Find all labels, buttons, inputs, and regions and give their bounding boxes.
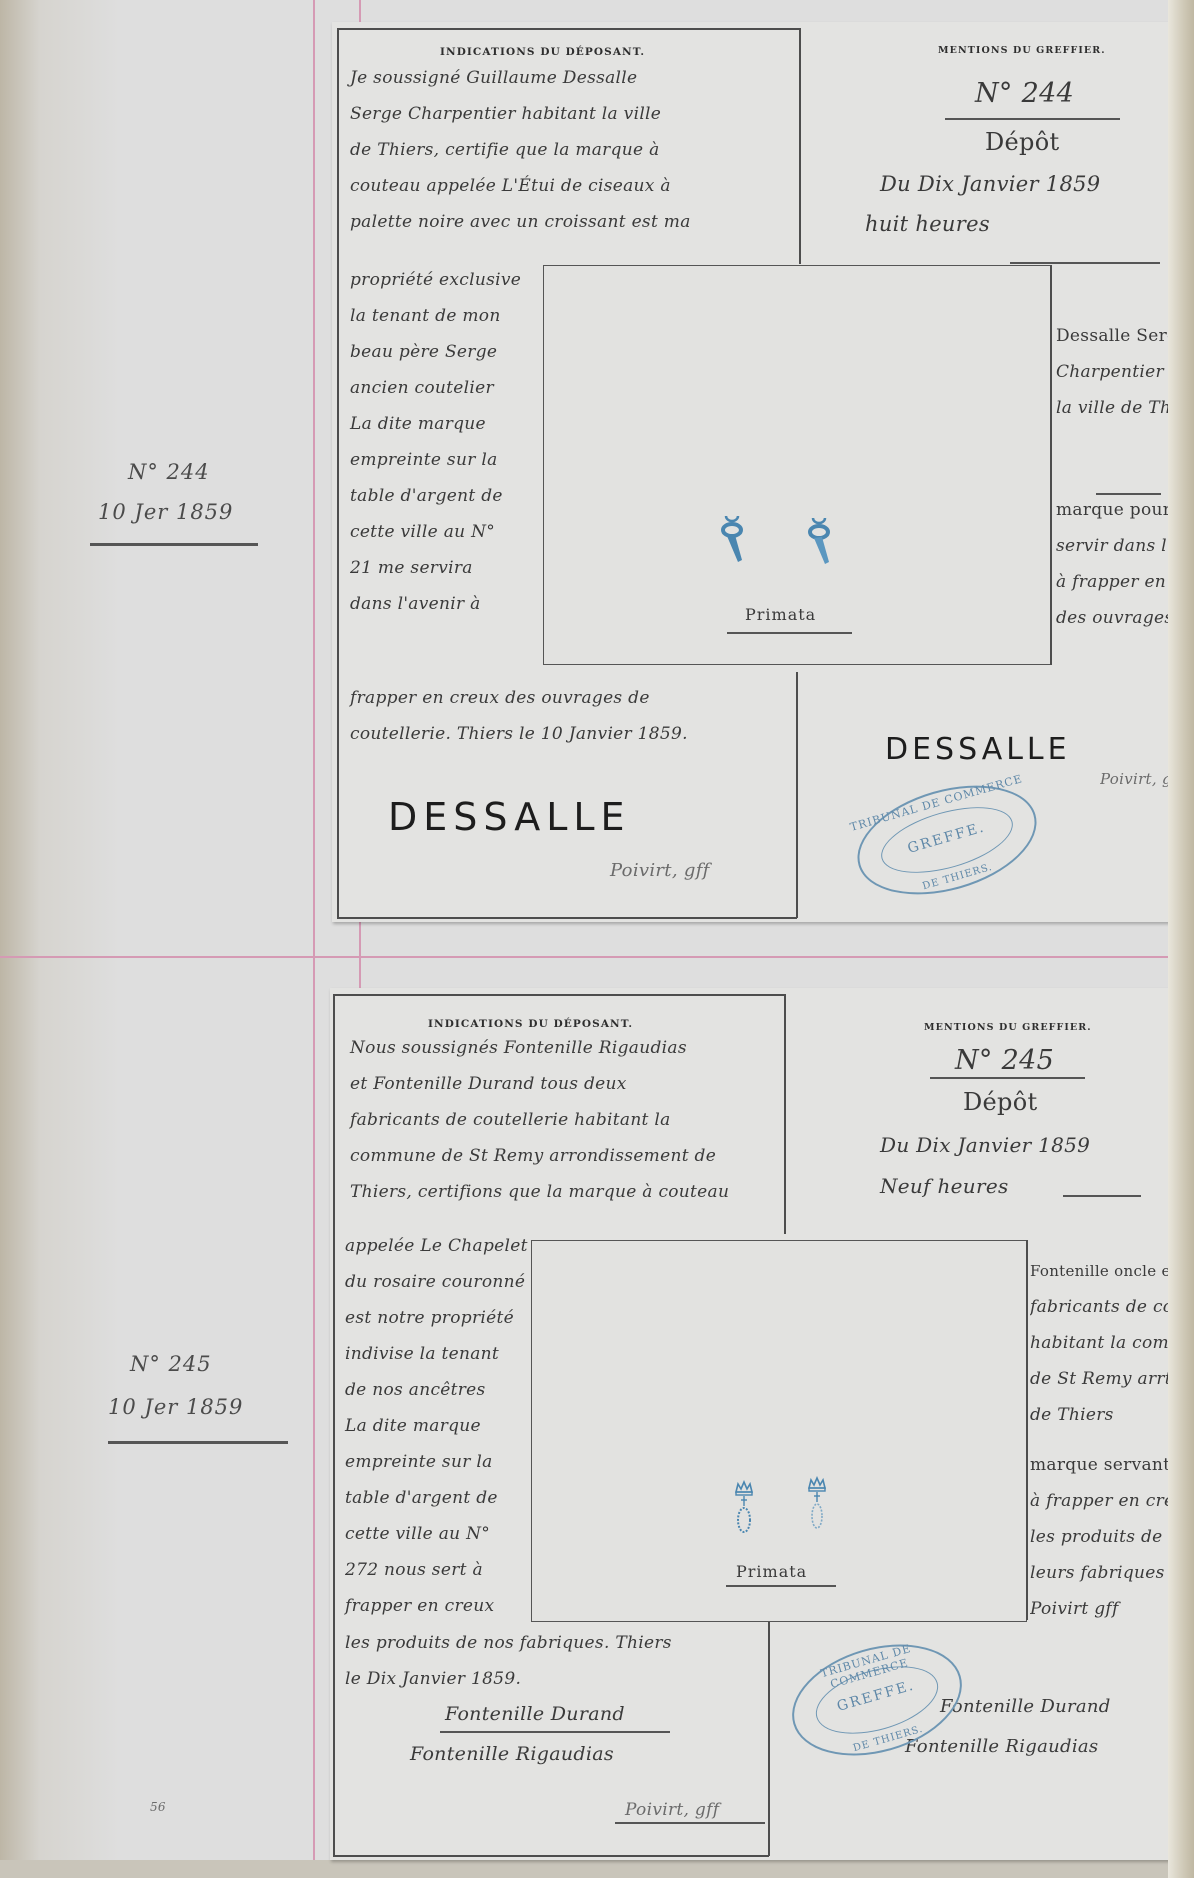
greffier-date-line: Du Dix Janvier 1859	[880, 1133, 1090, 1157]
greffier-notes-divider	[1096, 493, 1161, 495]
greffier-number-underline	[945, 118, 1120, 120]
clerk-signature: Poivirt, gff	[610, 860, 710, 881]
margin-underline	[90, 543, 258, 546]
box-border	[337, 28, 339, 918]
depositor-signature-caps: DESSALLE	[388, 795, 631, 839]
clerk-signature: Poivirt, gff	[625, 1800, 719, 1820]
ledger-margin-rule	[313, 0, 315, 1860]
margin-underline	[108, 1441, 288, 1444]
deposant-text-column: appelée Le Chapelet du rosaire couronné …	[345, 1228, 528, 1624]
greffier-title: Dépôt	[985, 128, 1059, 156]
greffier-header: MENTIONS DU GREFFIER.	[938, 45, 1106, 56]
deposant-header: INDICATIONS DU DÉPOSANT.	[428, 1018, 633, 1030]
greffier-notes-rule	[1050, 265, 1052, 665]
footer-mark: 56	[150, 1800, 166, 1814]
impression-caption: Primata	[745, 605, 816, 624]
impression-caption-underline	[726, 1585, 836, 1587]
deposant-text-column: propriété exclusive la tenant de mon bea…	[350, 262, 521, 622]
greffier-time-line: huit heures	[865, 212, 990, 236]
ledger-row-divider	[0, 956, 1172, 958]
box-border	[796, 672, 798, 918]
greffier-entry-number: N° 245	[955, 1045, 1054, 1076]
box-border	[784, 994, 786, 1234]
deposant-text-lower: les produits de nos fabriques. Thiers le…	[345, 1625, 672, 1697]
box-border	[337, 28, 800, 30]
greffier-entry-number: N° 244	[975, 78, 1074, 109]
depositor-signature-2: Fontenille Rigaudias	[410, 1743, 614, 1765]
margin-entry-date: 10 Jer 1859	[108, 1395, 243, 1419]
greffier-signature-caps: DESSALLE	[885, 732, 1071, 767]
greffier-number-underline	[930, 1077, 1085, 1079]
mark-icon-key-1	[718, 512, 748, 570]
box-border	[799, 28, 801, 264]
greffier-time-underline	[1063, 1195, 1141, 1197]
box-border	[333, 994, 335, 1856]
box-border	[333, 1855, 769, 1857]
greffier-time-underline	[1010, 262, 1160, 264]
greffier-time-line: Neuf heures	[880, 1174, 1009, 1198]
impression-caption: Primata	[736, 1562, 807, 1581]
mark-icon-crowned-rosary-2	[806, 1476, 828, 1536]
greffier-notes-rule	[1026, 1240, 1028, 1620]
greffier-title: Dépôt	[963, 1088, 1037, 1116]
deposant-text-lower: frapper en creux des ouvrages de coutell…	[350, 680, 688, 752]
impression-caption-underline	[727, 632, 852, 634]
box-border	[333, 994, 785, 996]
greffier-signature-2: Fontenille Rigaudias	[905, 1736, 1098, 1757]
mark-icon-key-2	[805, 514, 835, 572]
register-page: N° 244 10 Jer 1859 INDICATIONS DU DÉPOSA…	[0, 0, 1172, 1860]
greffier-date-line: Du Dix Janvier 1859	[880, 172, 1100, 196]
clerk-signature-underline	[615, 1822, 765, 1824]
box-border	[768, 1622, 770, 1856]
greffier-notes: Dessalle Serge Charpentier habitant la v…	[1056, 318, 1172, 636]
deposant-text-upper: Je soussigné Guillaume Dessalle Serge Ch…	[350, 60, 691, 240]
margin-entry-number: N° 245	[130, 1352, 212, 1376]
greffier-notes: Fontenille oncle et neveu fabricants de …	[1030, 1253, 1172, 1627]
margin-entry-date: 10 Jer 1859	[98, 500, 233, 524]
mark-icon-crowned-rosary-1	[733, 1480, 755, 1540]
margin-entry-number: N° 244	[128, 460, 210, 484]
book-binding-edge	[1168, 0, 1194, 1878]
greffier-clerk-signature: Poivirt, gff	[1100, 770, 1172, 788]
box-border	[337, 917, 797, 919]
greffier-header: MENTIONS DU GREFFIER.	[924, 1022, 1092, 1033]
depositor-signature-1: Fontenille Durand	[445, 1703, 625, 1725]
deposant-text-upper: Nous soussignés Fontenille Rigaudias et …	[350, 1030, 729, 1210]
deposant-header: INDICATIONS DU DÉPOSANT.	[440, 46, 645, 58]
signature-underline	[440, 1731, 670, 1733]
